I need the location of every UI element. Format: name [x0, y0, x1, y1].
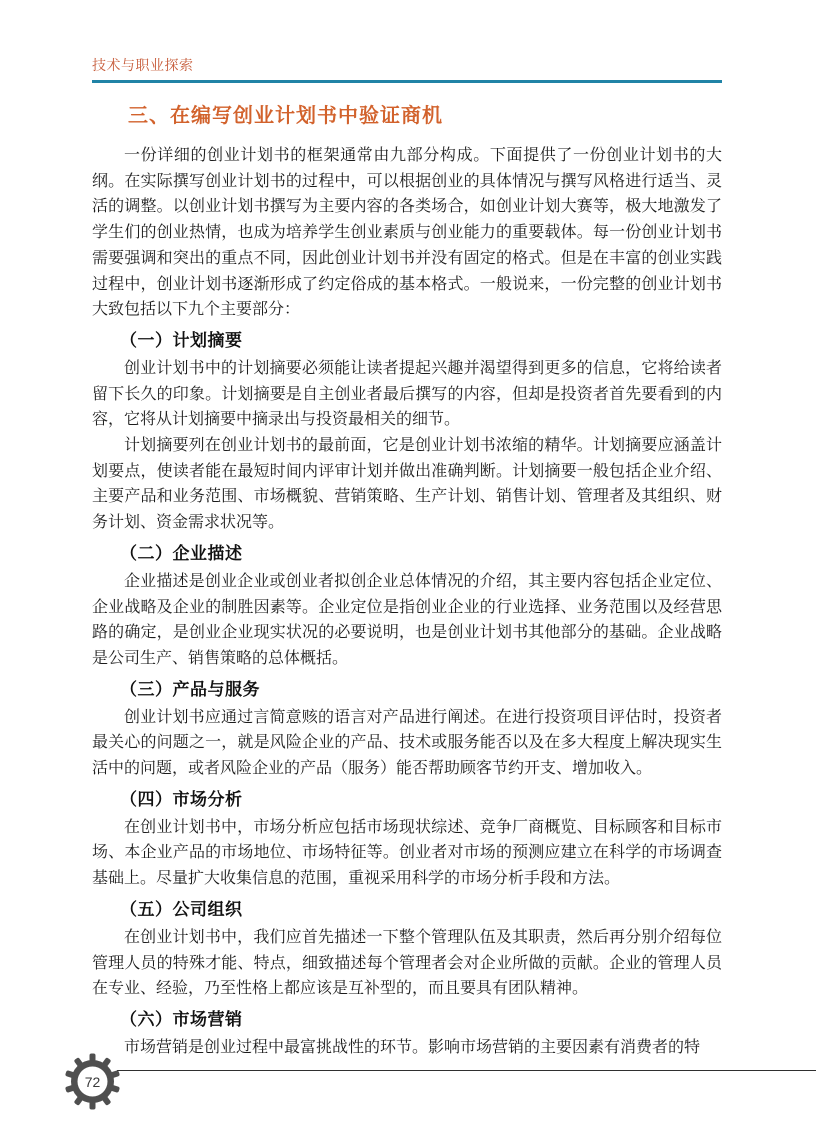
- subsection-heading: （三）产品与服务: [120, 680, 722, 699]
- subsection-products-services: （三）产品与服务 创业计划书应通过言简意赅的语言对产品进行阐述。在进行投资项目评…: [92, 680, 722, 782]
- subsection-heading: （五）公司组织: [120, 900, 722, 919]
- subsection-heading: （四）市场分析: [120, 790, 722, 809]
- chapter-title: 三、在编写创业计划书中验证商机: [128, 104, 722, 128]
- subsection-market-analysis: （四）市场分析 在创业计划书中，市场分析应包括市场现状综述、竞争厂商概览、目标顾…: [92, 790, 722, 892]
- header-rule: [92, 80, 722, 83]
- paragraph: 在创业计划书中，市场分析应包括市场现状综述、竞争厂商概览、目标顾客和目标市场、本…: [92, 815, 722, 892]
- paragraph: 计划摘要列在创业计划书的最前面，它是创业计划书浓缩的精华。计划摘要应涵盖计划要点…: [92, 433, 722, 536]
- page-number-badge: 72: [64, 1053, 121, 1110]
- intro-paragraph: 一份详细的创业计划书的框架通常由九部分构成。下面提供了一份创业计划书的大纲。在实…: [92, 143, 722, 323]
- paragraph: 市场营销是创业过程中最富挑战性的环节。影响市场营销的主要因素有消费者的特: [92, 1035, 722, 1061]
- page-number: 72: [64, 1053, 121, 1110]
- document-page: 技术与职业探索 三、在编写创业计划书中验证商机 一份详细的创业计划书的框架通常由…: [0, 0, 816, 1145]
- paragraph: 企业描述是创业企业或创业者拟创企业总体情况的介绍，其主要内容包括企业定位、企业战…: [92, 569, 722, 672]
- subsection-heading: （六）市场营销: [120, 1010, 722, 1029]
- subsection-plan-summary: （一）计划摘要 创业计划书中的计划摘要必须能让读者提起兴趣并渴望得到更多的信息，…: [92, 331, 722, 536]
- subsection-heading: （一）计划摘要: [120, 331, 722, 350]
- subsection-heading: （二）企业描述: [120, 544, 722, 563]
- subsection-company-description: （二）企业描述 企业描述是创业企业或创业者拟创企业总体情况的介绍，其主要内容包括…: [92, 544, 722, 672]
- paragraph: 创业计划书应通过言简意赅的语言对产品进行阐述。在进行投资项目评估时，投资者最关心…: [92, 705, 722, 782]
- running-header: 技术与职业探索: [92, 57, 722, 73]
- footer-rule: [117, 1070, 816, 1071]
- paragraph: 在创业计划书中，我们应首先描述一下整个管理队伍及其职责，然后再分别介绍每位管理人…: [92, 925, 722, 1002]
- text-column: 技术与职业探索 三、在编写创业计划书中验证商机 一份详细的创业计划书的框架通常由…: [92, 0, 722, 1061]
- subsection-marketing: （六）市场营销 市场营销是创业过程中最富挑战性的环节。影响市场营销的主要因素有消…: [92, 1010, 722, 1061]
- paragraph: 创业计划书中的计划摘要必须能让读者提起兴趣并渴望得到更多的信息，它将给读者留下长…: [92, 356, 722, 433]
- subsection-company-organization: （五）公司组织 在创业计划书中，我们应首先描述一下整个管理队伍及其职责，然后再分…: [92, 900, 722, 1002]
